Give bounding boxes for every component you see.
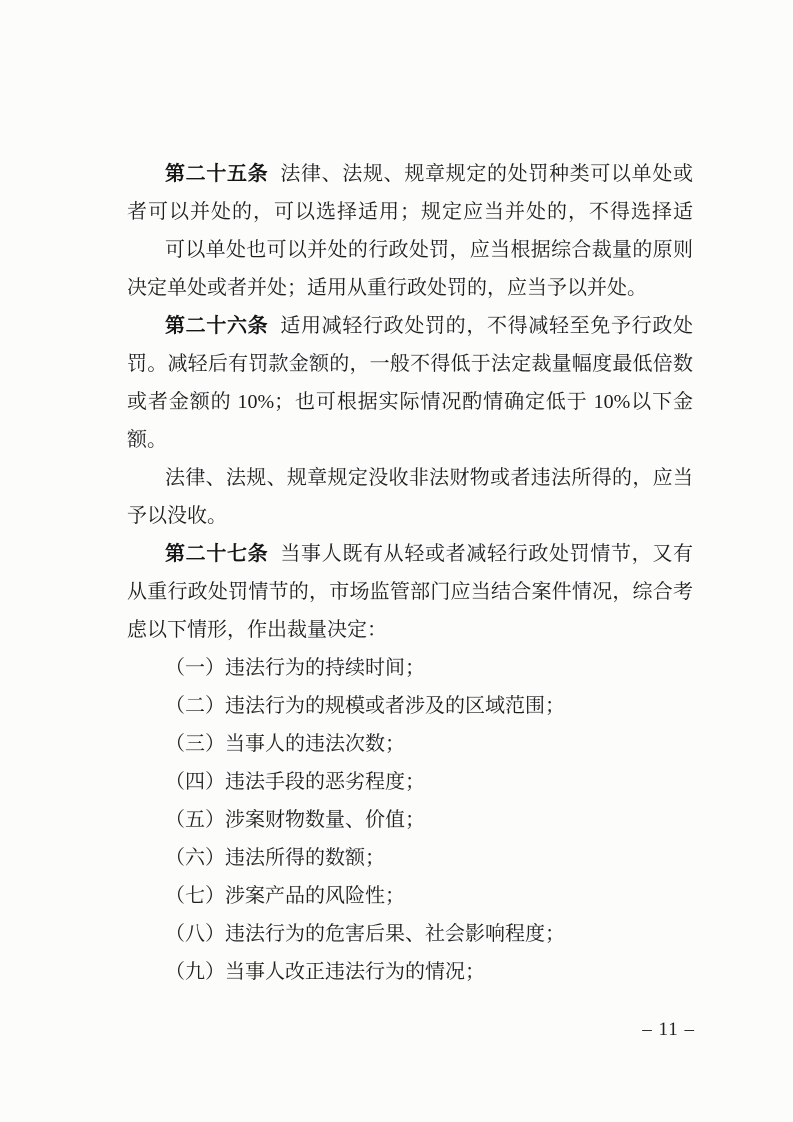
line-text: 决定单处或者并处；适用从重行政处罚的，应当予以并处。	[127, 277, 647, 299]
text-line: 者可以并处的，可以选择适用；规定应当并处的，不得选择适用。	[127, 193, 693, 231]
text-line: 或者金额的 10%；也可根据实际情况酌情确定低于 10%以下金	[127, 383, 693, 421]
line-text: 法律、法规、规章规定的处罚种类可以单处或	[280, 163, 693, 185]
article-number: 第二十五条	[165, 163, 268, 185]
document-page: 第二十五条法律、法规、规章规定的处罚种类可以单处或 者可以并处的，可以选择适用；…	[0, 0, 793, 1122]
article-number: 第二十六条	[165, 315, 268, 337]
list-item: （三）当事人的违法次数；	[127, 725, 693, 763]
line-text: （二）违法行为的规模或者涉及的区域范围；	[165, 695, 565, 717]
line-text: 额。	[127, 429, 167, 451]
text-line: 第二十七条当事人既有从轻或者减轻行政处罚情节，又有	[127, 535, 693, 573]
text-line: 予以没收。	[127, 497, 693, 535]
list-item: （四）违法手段的恶劣程度；	[127, 763, 693, 801]
line-text: 法律、法规、规章规定没收非法财物或者违法所得的，应当	[165, 467, 693, 489]
text-line: 罚。减轻后有罚款金额的，一般不得低于法定裁量幅度最低倍数	[127, 345, 693, 383]
line-text: （四）违法手段的恶劣程度；	[165, 771, 425, 793]
line-text: （六）违法所得的数额；	[165, 847, 385, 869]
list-item: （二）违法行为的规模或者涉及的区域范围；	[127, 687, 693, 725]
list-item: （五）涉案财物数量、价值；	[127, 801, 693, 839]
text-line: 第二十五条法律、法规、规章规定的处罚种类可以单处或	[127, 155, 693, 193]
list-item: （七）涉案产品的风险性；	[127, 877, 693, 915]
line-text: 从重行政处罚情节的，市场监管部门应当结合案件情况，综合考	[127, 581, 693, 603]
line-text: （七）涉案产品的风险性；	[165, 885, 405, 907]
line-text: 当事人既有从轻或者减轻行政处罚情节，又有	[280, 543, 693, 565]
text-line: 从重行政处罚情节的，市场监管部门应当结合案件情况，综合考	[127, 573, 693, 611]
line-text: 者可以并处的，可以选择适用；规定应当并处的，不得选择适用。	[127, 201, 693, 231]
line-text: 适用减轻行政处罚的，不得减轻至免予行政处	[280, 315, 693, 337]
line-text: （三）当事人的违法次数；	[165, 733, 405, 755]
line-text: （八）违法行为的危害后果、社会影响程度；	[165, 923, 565, 945]
line-text: 或者金额的 10%；也可根据实际情况酌情确定低于 10%以下金	[127, 391, 693, 413]
article-number: 第二十七条	[165, 543, 268, 565]
text-line: 法律、法规、规章规定没收非法财物或者违法所得的，应当	[127, 459, 693, 497]
page-number: – 11 –	[595, 1015, 695, 1045]
text-line: 决定单处或者并处；适用从重行政处罚的，应当予以并处。	[127, 269, 693, 307]
line-text: 虑以下情形，作出裁量决定：	[127, 619, 387, 641]
list-item: （一）违法行为的持续时间；	[127, 649, 693, 687]
text-line: 可以单处也可以并处的行政处罚，应当根据综合裁量的原则	[127, 231, 693, 269]
line-text: （五）涉案财物数量、价值；	[165, 809, 425, 831]
document-body: 第二十五条法律、法规、规章规定的处罚种类可以单处或 者可以并处的，可以选择适用；…	[127, 155, 693, 991]
text-line: 额。	[127, 421, 693, 459]
list-item: （六）违法所得的数额；	[127, 839, 693, 877]
text-line: 第二十六条适用减轻行政处罚的，不得减轻至免予行政处	[127, 307, 693, 345]
list-item: （九）当事人改正违法行为的情况；	[127, 953, 693, 991]
line-text: （一）违法行为的持续时间；	[165, 657, 425, 679]
line-text: （九）当事人改正违法行为的情况；	[165, 961, 485, 983]
line-text: 罚。减轻后有罚款金额的，一般不得低于法定裁量幅度最低倍数	[127, 353, 693, 375]
line-text: 可以单处也可以并处的行政处罚，应当根据综合裁量的原则	[165, 239, 693, 261]
line-text: 予以没收。	[127, 505, 227, 527]
list-item: （八）违法行为的危害后果、社会影响程度；	[127, 915, 693, 953]
text-line: 虑以下情形，作出裁量决定：	[127, 611, 693, 649]
